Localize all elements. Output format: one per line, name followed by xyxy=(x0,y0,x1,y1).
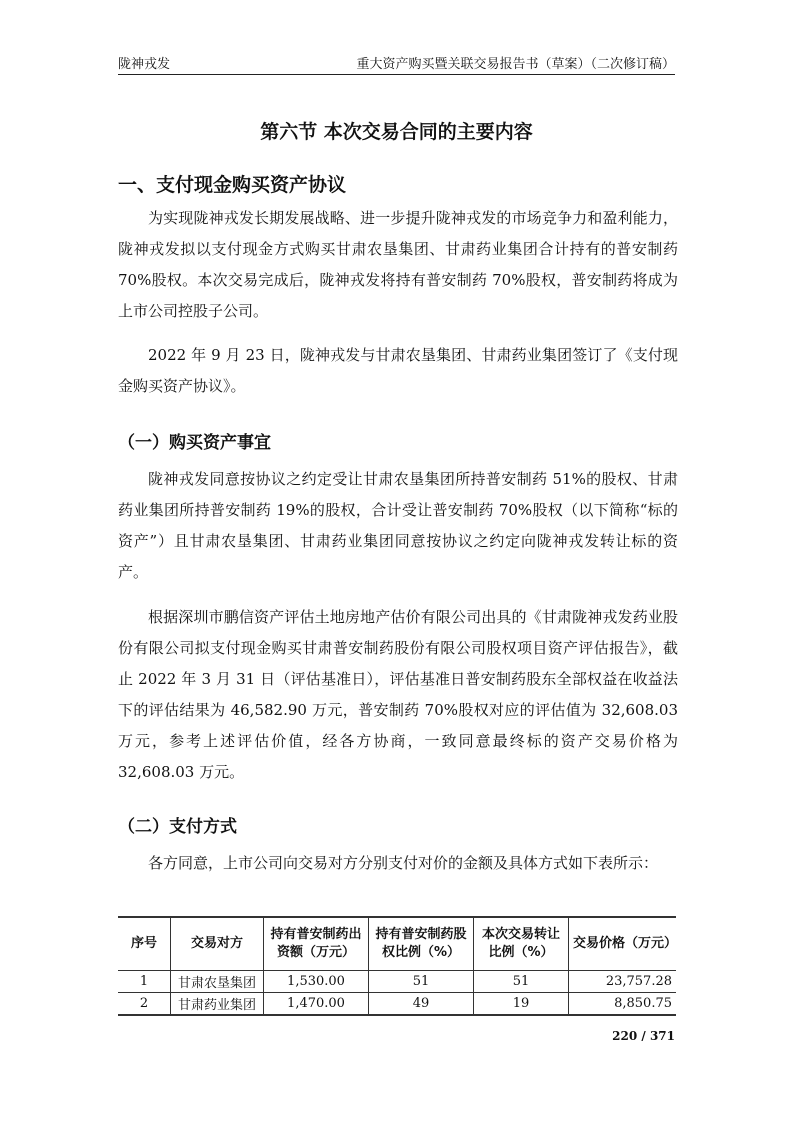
paragraph-signing-date: 2022 年 9 月 23 日，陇神戎发与甘肃农垦集团、甘肃药业集团签订了《支付… xyxy=(118,340,678,402)
subheading-asset-purchase: （一）购买资产事宜 xyxy=(118,428,271,453)
cell-index: 2 xyxy=(118,993,171,1016)
cell-counterparty: 甘肃农垦集团 xyxy=(171,971,264,993)
table-row: 2 甘肃药业集团 1,470.00 49 19 8,850.75 xyxy=(118,993,676,1016)
page-header: 陇神戎发 重大资产购买暨关联交易报告书（草案）（二次修订稿） xyxy=(118,50,675,72)
col-counterparty: 交易对方 xyxy=(171,917,264,971)
col-capital: 持有普安制药出资额（万元） xyxy=(264,917,369,971)
paragraph-payment-intro: 各方同意，上市公司向交易对方分别支付对价的金额及具体方式如下表所示： xyxy=(118,848,678,879)
section-title: 第六节 本次交易合同的主要内容 xyxy=(0,117,793,144)
cell-equity-ratio: 51 xyxy=(369,971,474,993)
cell-capital: 1,470.00 xyxy=(264,993,369,1016)
table-row: 1 甘肃农垦集团 1,530.00 51 51 23,757.28 xyxy=(118,971,676,993)
cell-price: 8,850.75 xyxy=(569,993,677,1016)
cell-capital: 1,530.00 xyxy=(264,971,369,993)
subheading-payment-method: （二）支付方式 xyxy=(118,812,237,837)
heading-payment-agreement: 一、支付现金购买资产协议 xyxy=(118,170,346,197)
col-index: 序号 xyxy=(118,917,171,971)
paragraph-valuation: 根据深圳市鹏信资产评估土地房地产估价有限公司出具的《甘肃陇神戎发药业股份有限公司… xyxy=(118,602,678,788)
document-page: 陇神戎发 重大资产购买暨关联交易报告书（草案）（二次修订稿） 第六节 本次交易合… xyxy=(0,0,793,1122)
cell-counterparty: 甘肃药业集团 xyxy=(171,993,264,1016)
page-number: 220 / 371 xyxy=(612,1029,675,1043)
col-transfer-ratio: 本次交易转让比例（%） xyxy=(474,917,569,971)
cell-index: 1 xyxy=(118,971,171,993)
col-equity-ratio: 持有普安制药股权比例（%） xyxy=(369,917,474,971)
cell-price: 23,757.28 xyxy=(569,971,677,993)
col-price: 交易价格（万元） xyxy=(569,917,677,971)
header-report-title: 重大资产购买暨关联交易报告书（草案）（二次修订稿） xyxy=(356,53,675,72)
header-divider xyxy=(118,74,675,75)
cell-transfer-ratio: 51 xyxy=(474,971,569,993)
cell-transfer-ratio: 19 xyxy=(474,993,569,1016)
payment-table: 序号 交易对方 持有普安制药出资额（万元） 持有普安制药股权比例（%） 本次交易… xyxy=(118,916,676,1016)
table-header-row: 序号 交易对方 持有普安制药出资额（万元） 持有普安制药股权比例（%） 本次交易… xyxy=(118,917,676,971)
header-company: 陇神戎发 xyxy=(118,53,170,72)
paragraph-intro: 为实现陇神戎发长期发展战略、进一步提升陇神戎发的市场竞争力和盈利能力，陇神戎发拟… xyxy=(118,203,678,327)
cell-equity-ratio: 49 xyxy=(369,993,474,1016)
paragraph-asset-transfer: 陇神戎发同意按协议之约定受让甘肃农垦集团所持普安制药 51%的股权、甘肃药业集团… xyxy=(118,464,678,588)
